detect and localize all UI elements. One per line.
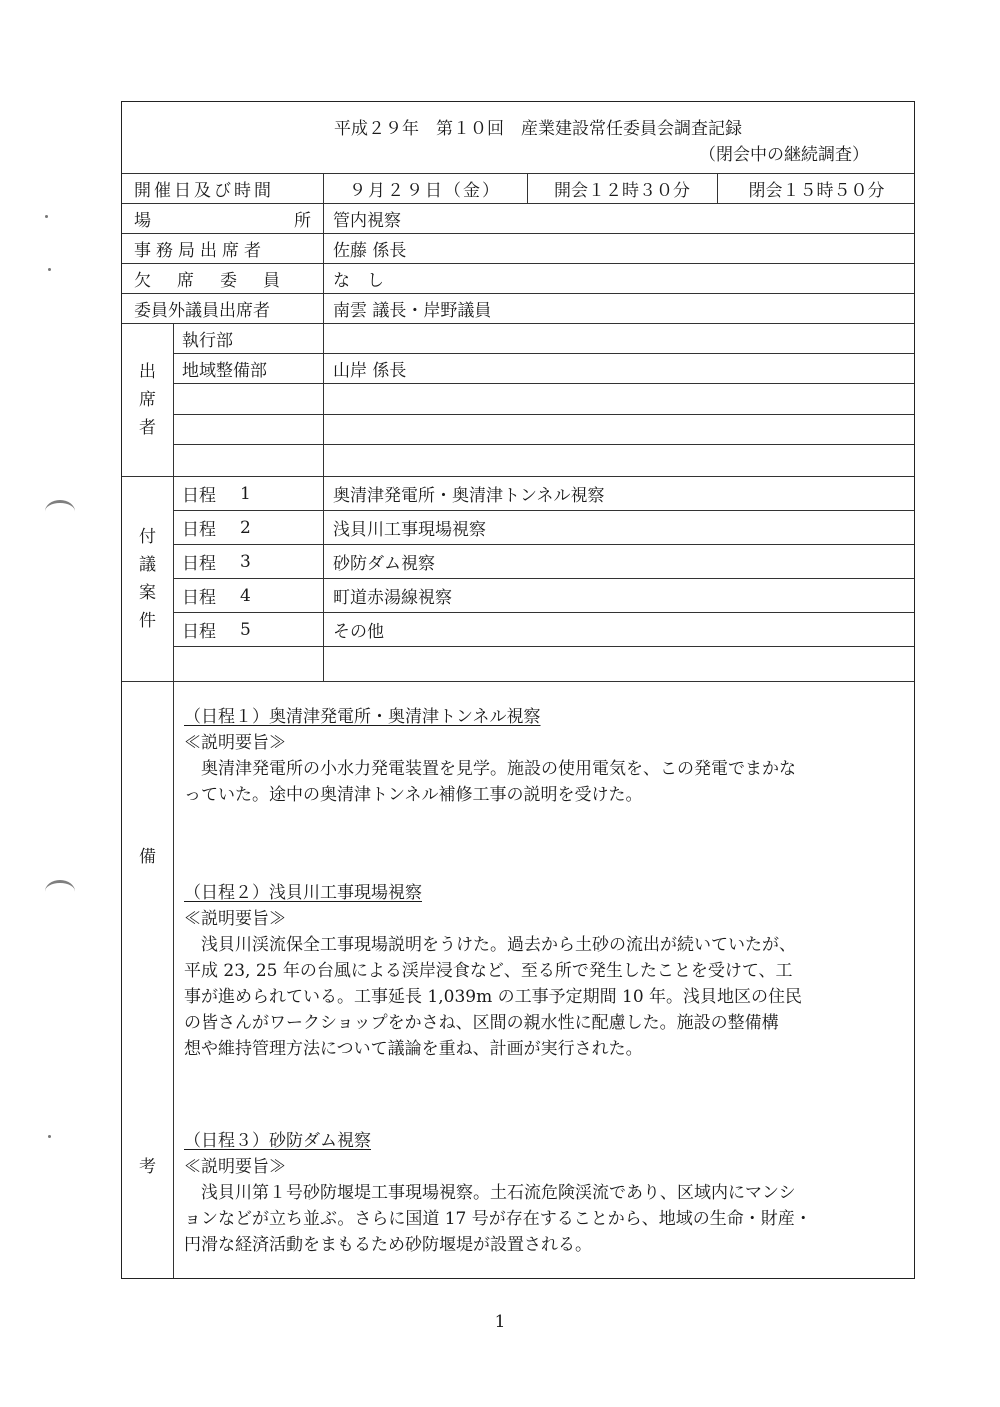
non-member-attendees-row: 委員外議員出席者 南雲 議長・岸野議員 — [122, 294, 914, 324]
open-time: 開会１２時３０分 — [527, 174, 717, 203]
section-heading: （日程２）浅貝川工事現場視察 — [184, 880, 900, 906]
meeting-date-row: 開催日及び時間 ９月２９日（金） 開会１２時３０分 閉会１５時５０分 — [122, 174, 914, 204]
remarks-section-2: （日程２）浅貝川工事現場視察 ≪説明要旨≫ 浅貝川渓流保全工事現場説明をうけた。… — [184, 880, 900, 1062]
meeting-date: ９月２９日（金） — [323, 174, 527, 203]
record-sheet: 平成２９年 第１０回 産業建設常任委員会調査記録 （閉会中の継続調査） 開催日及… — [121, 101, 915, 1279]
non-member-attendees-label: 委員外議員出席者 — [134, 294, 319, 323]
secretariat-row: 事務局出席者 佐藤 係長 — [122, 234, 914, 264]
secretariat-label: 事務局出席者 — [134, 234, 319, 263]
secretariat-value: 佐藤 係長 — [333, 234, 406, 263]
location-row: 場 所 管内視察 — [122, 204, 914, 234]
document-subtitle: （閉会中の継続調査） — [699, 140, 869, 165]
remarks-label-top: 備 — [122, 842, 173, 872]
section-heading: （日程３）砂防ダム視察 — [184, 1128, 900, 1154]
summary-label: ≪説明要旨≫ — [184, 730, 900, 756]
title-block: 平成２９年 第１０回 産業建設常任委員会調査記録 （閉会中の継続調査） — [122, 102, 914, 174]
remarks-section-1: （日程１）奥清津発電所・奥清津トンネル視察 ≪説明要旨≫ 奥清津発電所の小水力発… — [184, 704, 900, 808]
attendees-group-label: 出 席 者 — [122, 324, 173, 476]
scan-speck — [48, 1135, 51, 1138]
absent-members-label: 欠席委員 — [134, 264, 319, 293]
non-member-attendees-value: 南雲 議長・岸野議員 — [333, 294, 491, 323]
agenda-item-5: 日程5 その他 — [173, 613, 914, 647]
agenda-group-label: 付 議 案 件 — [122, 477, 173, 681]
attendee-row — [173, 415, 914, 445]
location-label-right: 所 — [294, 206, 311, 231]
remarks-section-3: （日程３）砂防ダム視察 ≪説明要旨≫ 浅貝川第１号砂防堰堤工事現場視察。土石流危… — [184, 1128, 900, 1258]
attendees-block: 出 席 者 執行部 地域整備部 山岸 係長 — [122, 324, 914, 477]
agenda-block: 付 議 案 件 日程1 奥清津発電所・奥清津トンネル視察 日程2 浅貝川工事現場… — [122, 477, 914, 682]
agenda-item-1: 日程1 奥清津発電所・奥清津トンネル視察 — [173, 477, 914, 511]
absent-members-row: 欠席委員 な し — [122, 264, 914, 294]
scan-speck — [45, 215, 48, 218]
page-number: 1 — [0, 1312, 1000, 1332]
location-value: 管内視察 — [333, 204, 401, 233]
close-time: 閉会１５時５０分 — [717, 174, 916, 203]
punch-hole-mark — [45, 500, 75, 523]
punch-hole-mark — [45, 880, 75, 903]
section-heading: （日程１）奥清津発電所・奥清津トンネル視察 — [184, 704, 900, 730]
absent-members-value: な し — [333, 264, 384, 293]
date-label: 開催日及び時間 — [122, 174, 323, 203]
attendee-row: 地域整備部 山岸 係長 — [173, 354, 914, 384]
agenda-item-3: 日程3 砂防ダム視察 — [173, 545, 914, 579]
scan-speck — [48, 268, 51, 271]
attendee-row — [173, 384, 914, 415]
agenda-item-2: 日程2 浅貝川工事現場視察 — [173, 511, 914, 545]
remarks-content: （日程１）奥清津発電所・奥清津トンネル視察 ≪説明要旨≫ 奥清津発電所の小水力発… — [173, 682, 914, 1278]
attendee-row: 執行部 — [173, 324, 914, 354]
document-title: 平成２９年 第１０回 産業建設常任委員会調査記録 — [122, 114, 914, 139]
agenda-item-4: 日程4 町道赤湯線視察 — [173, 579, 914, 613]
remarks-label-bottom: 考 — [122, 1152, 173, 1182]
summary-label: ≪説明要旨≫ — [184, 1154, 900, 1180]
summary-label: ≪説明要旨≫ — [184, 906, 900, 932]
location-label-left: 場 — [134, 206, 151, 231]
